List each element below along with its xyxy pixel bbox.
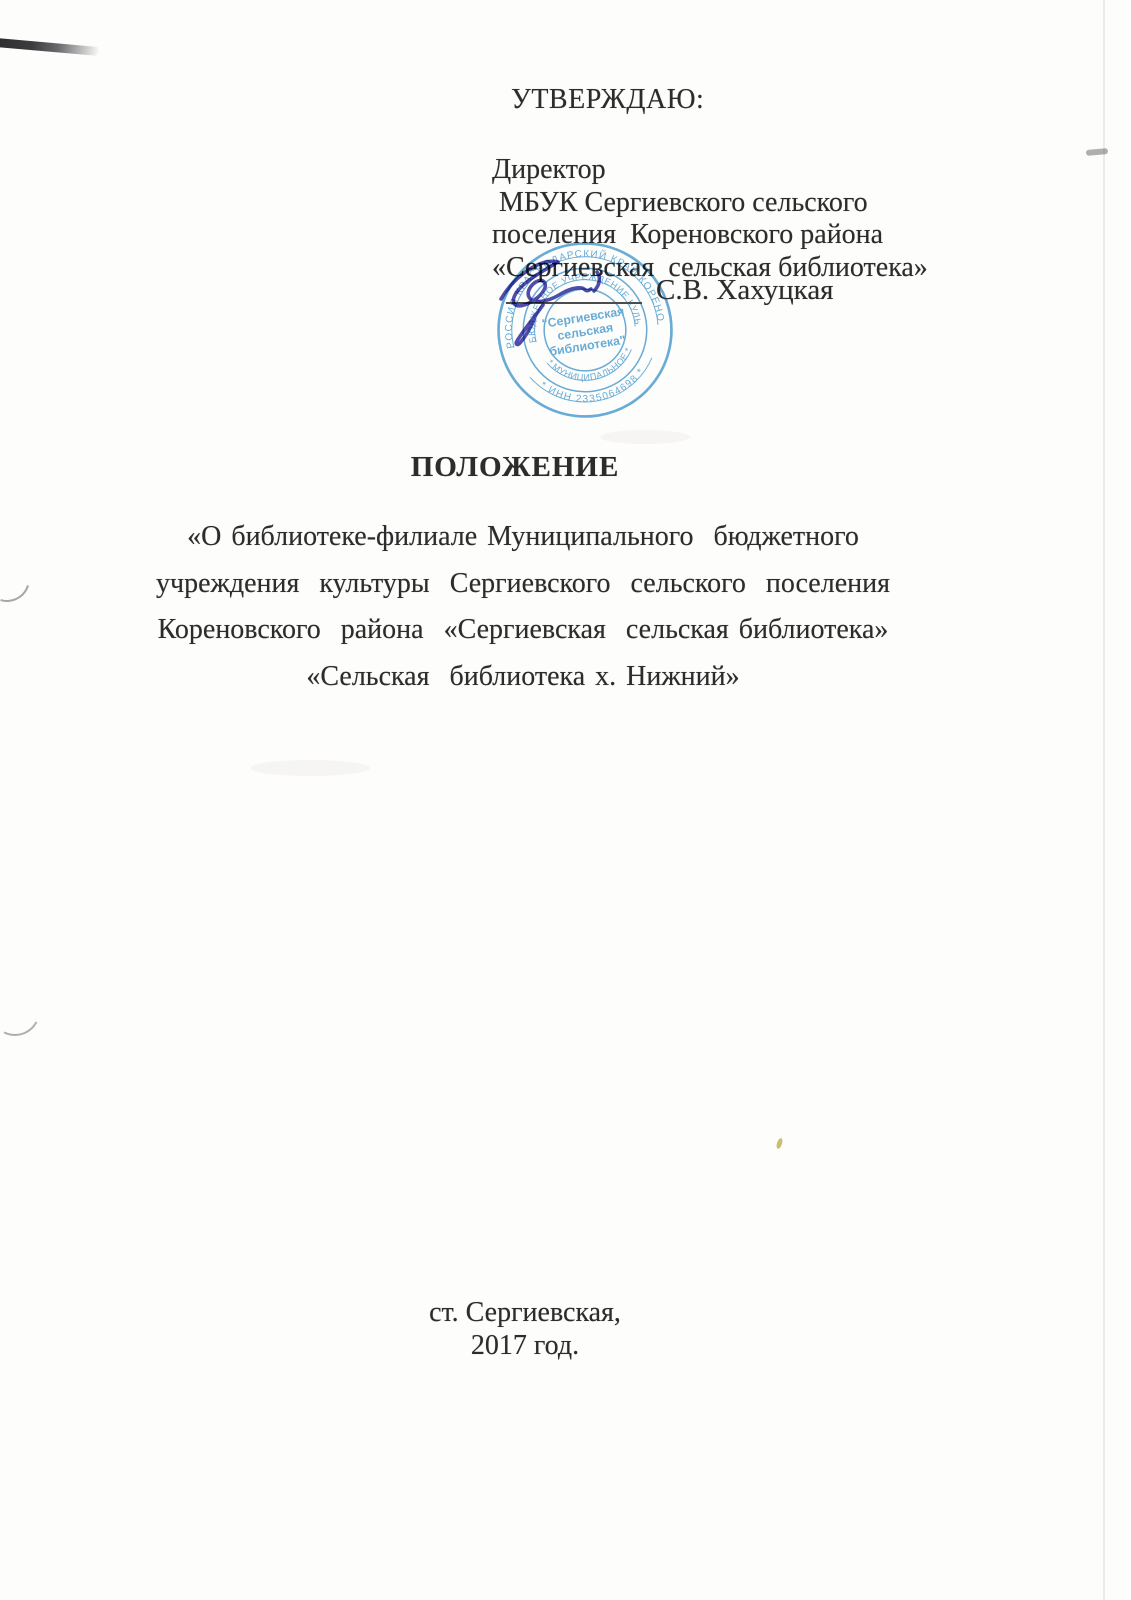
footer-year: 2017 год. xyxy=(471,1330,579,1361)
binder-hole-shadow-lower xyxy=(0,979,47,1042)
approval-org-line: МБУК Сергиевского сельского xyxy=(492,187,868,218)
approval-header: УТВЕРЖДАЮ: xyxy=(511,84,704,116)
bleed-through-ghost xyxy=(600,430,690,444)
bleed-through-ghost xyxy=(250,760,370,776)
paper-edge-shadow xyxy=(1103,0,1105,1600)
document-subtitle: «О библиотеке-филиале Муниципального бюд… xyxy=(103,514,943,700)
scan-artifact-top-left-streak xyxy=(0,38,100,56)
subtitle-line: «Сельская библиотека х. Нижний» xyxy=(306,661,739,692)
yellow-speck xyxy=(775,1137,783,1149)
signature-ink xyxy=(455,245,655,375)
subtitle-line: «О библиотеке-филиале Муниципального бюд… xyxy=(187,521,859,552)
scanned-document-page: УТВЕРЖДАЮ: Директор МБУК Сергиевского се… xyxy=(0,0,1131,1600)
signature-stroke-flourish xyxy=(516,305,543,344)
binder-hole-shadow-upper xyxy=(0,548,38,610)
footer-place: ст. Сергиевская, xyxy=(429,1297,621,1328)
approval-role: Директор xyxy=(492,154,606,185)
signature-stroke-main xyxy=(501,261,591,305)
subtitle-line: Кореновского района «Сергиевская сельска… xyxy=(158,614,889,645)
document-footer: ст. Сергиевская, 2017 год. xyxy=(0,1296,1050,1362)
subtitle-line: учреждения культуры Сергиевского сельско… xyxy=(156,568,890,599)
signatory-name: С.В. Хахуцкая xyxy=(656,274,834,307)
signature-stroke-tick xyxy=(594,272,599,291)
document-title: ПОЛОЖЕНИЕ xyxy=(0,451,1030,484)
